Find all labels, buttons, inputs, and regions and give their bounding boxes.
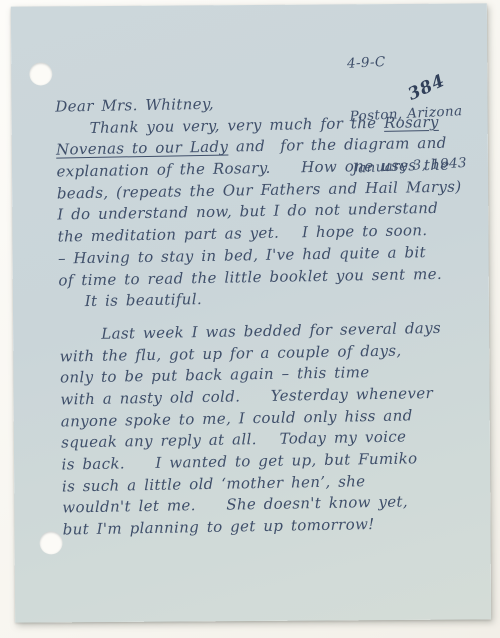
underlined-text: Rosary bbox=[384, 113, 439, 132]
letter-body: Dear Mrs. Whitney, Thank you very, very … bbox=[55, 89, 483, 541]
block-address: 4-9-C bbox=[347, 50, 463, 73]
letter-paper: 4-9-C Poston, Arizona January 3, 1943 38… bbox=[11, 3, 491, 622]
underlined-text: Novenas to our Lady bbox=[56, 138, 228, 159]
scanned-letter: 4-9-C Poston, Arizona January 3, 1943 38… bbox=[0, 0, 500, 638]
punch-hole-top bbox=[29, 62, 52, 85]
punch-hole-bottom bbox=[40, 531, 63, 554]
